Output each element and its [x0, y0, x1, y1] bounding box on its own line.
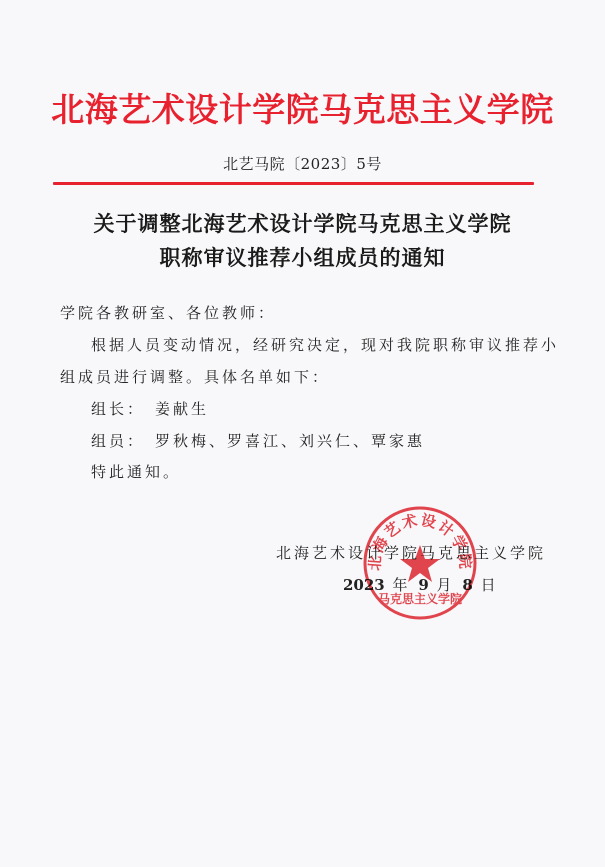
group-leader: 组长：姜献生 [91, 397, 209, 421]
body-paragraph-line-1: 根据人员变动情况，经研究决定，现对我院职称审议推荐小 [91, 333, 559, 357]
document-page: 北海艺术设计学院马克思主义学院 北艺马院〔2023〕5号 关于调整北海艺术设计学… [0, 0, 605, 867]
salutation: 学院各教研室、各位教师： [60, 301, 276, 325]
group-members-names: 罗秋梅、罗喜江、刘兴仁、覃家惠 [155, 432, 425, 450]
org-header: 北海艺术设计学院马克思主义学院 [0, 88, 605, 132]
group-leader-name: 姜献生 [155, 400, 209, 418]
date-day-unit: 日 [481, 576, 499, 594]
group-leader-label: 组长： [91, 400, 145, 418]
document-number: 北艺马院〔2023〕5号 [0, 152, 605, 176]
group-members-label: 组员： [91, 432, 145, 450]
red-divider [53, 182, 534, 185]
group-members: 组员：罗秋梅、罗喜江、刘兴仁、覃家惠 [91, 429, 425, 453]
star-icon [400, 545, 440, 582]
body-paragraph-line-2: 组成员进行调整。具体名单如下： [60, 365, 330, 389]
document-title-line-2: 职称审议推荐小组成员的通知 [0, 243, 605, 273]
closing-line: 特此通知。 [91, 460, 181, 484]
document-title-line-1: 关于调整北海艺术设计学院马克思主义学院 [0, 209, 605, 239]
seal-bottom-text: 马克思主义学院 [378, 591, 463, 606]
official-seal: 北海艺术设计学院 马克思主义学院 [362, 505, 478, 621]
